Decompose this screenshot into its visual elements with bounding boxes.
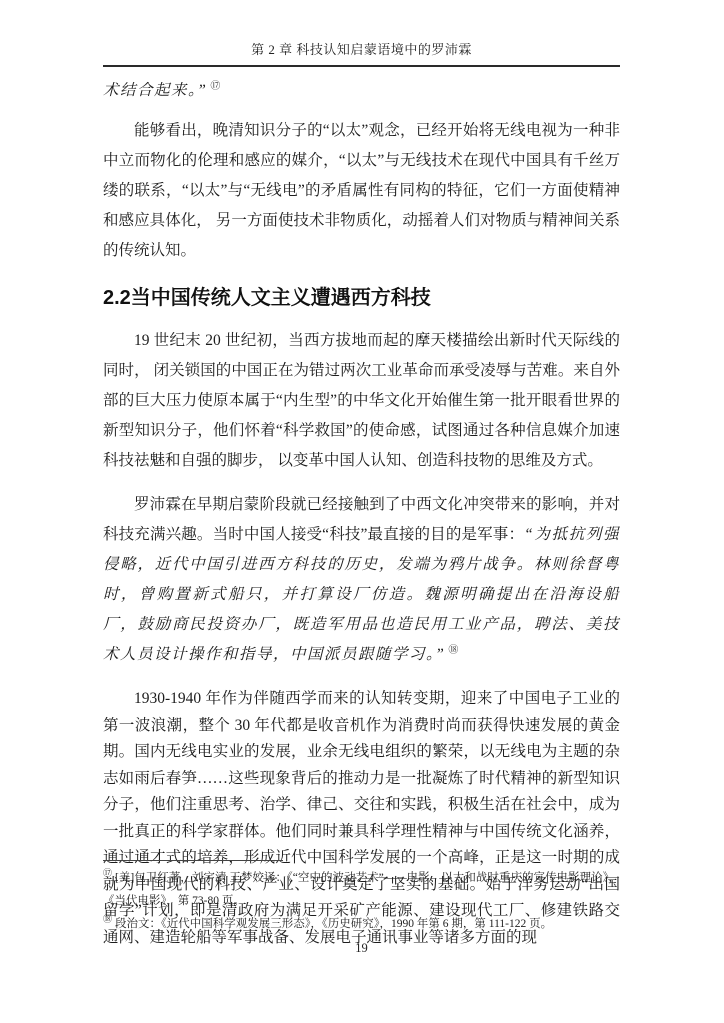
- carryover-line: 术结合起来。”⑰: [103, 80, 620, 102]
- footnote-area: ⑰[美]包卫红著，刘宇清 王梦姣译：《“空中的波动艺术”——电影、以太和战时重庆…: [103, 860, 620, 956]
- header-rule: [103, 65, 620, 67]
- footnote-18-marker: ⑱: [103, 914, 112, 924]
- document-page: 第 2 章 科技认知启蒙语境中的罗沛霖 术结合起来。”⑰ 能够看出，晚清知识分子…: [0, 0, 724, 1023]
- footnote-17-text: [美]包卫红著，刘宇清 王梦姣译：《“空中的波动艺术”——电影、以太和战时重庆的…: [103, 872, 620, 907]
- footnote-ref-17: ⑰: [210, 81, 220, 92]
- running-header: 第 2 章 科技认知启蒙语境中的罗沛霖: [103, 42, 620, 58]
- footnote-17-marker: ⑰: [103, 868, 112, 878]
- footnote-18-text: 段治文：《近代中国科学观发展三形态》，《历史研究》，1990 年第 6 期，第 …: [115, 918, 552, 930]
- section-heading: 2.2当中国传统人文主义遭遇西方科技: [103, 284, 620, 312]
- paragraph-century: 19 世纪末 20 世纪初，当西方拔地而起的摩天楼描绘出新时代天际线的同时， 闭…: [103, 326, 620, 476]
- footnote-separator: [103, 860, 283, 861]
- footnote-18: ⑱段治文：《近代中国科学观发展三形态》，《历史研究》，1990 年第 6 期，第…: [103, 913, 620, 936]
- carryover-text: 术结合起来。”: [103, 82, 207, 99]
- footnote-17: ⑰[美]包卫红著，刘宇清 王梦姣译：《“空中的波动艺术”——电影、以太和战时重庆…: [103, 867, 620, 913]
- page-number: 19: [103, 941, 620, 956]
- paragraph-luopeilin-quote: “为抵抗列强侵略，近代中国引进西方科技的历史，发端为鸦片战争。林则徐督粤时，曾购…: [103, 526, 620, 663]
- paragraph-ether: 能够看出，晚清知识分子的“以太”观念，已经开始将无线电视为一种非中立而物化的伦理…: [103, 116, 620, 266]
- paragraph-luopeilin: 罗沛霖在早期启蒙阶段就已经接触到了中西文化冲突带来的影响，并对科技充满兴趣。当时…: [103, 490, 620, 670]
- footnote-ref-18: ⑱: [448, 645, 458, 656]
